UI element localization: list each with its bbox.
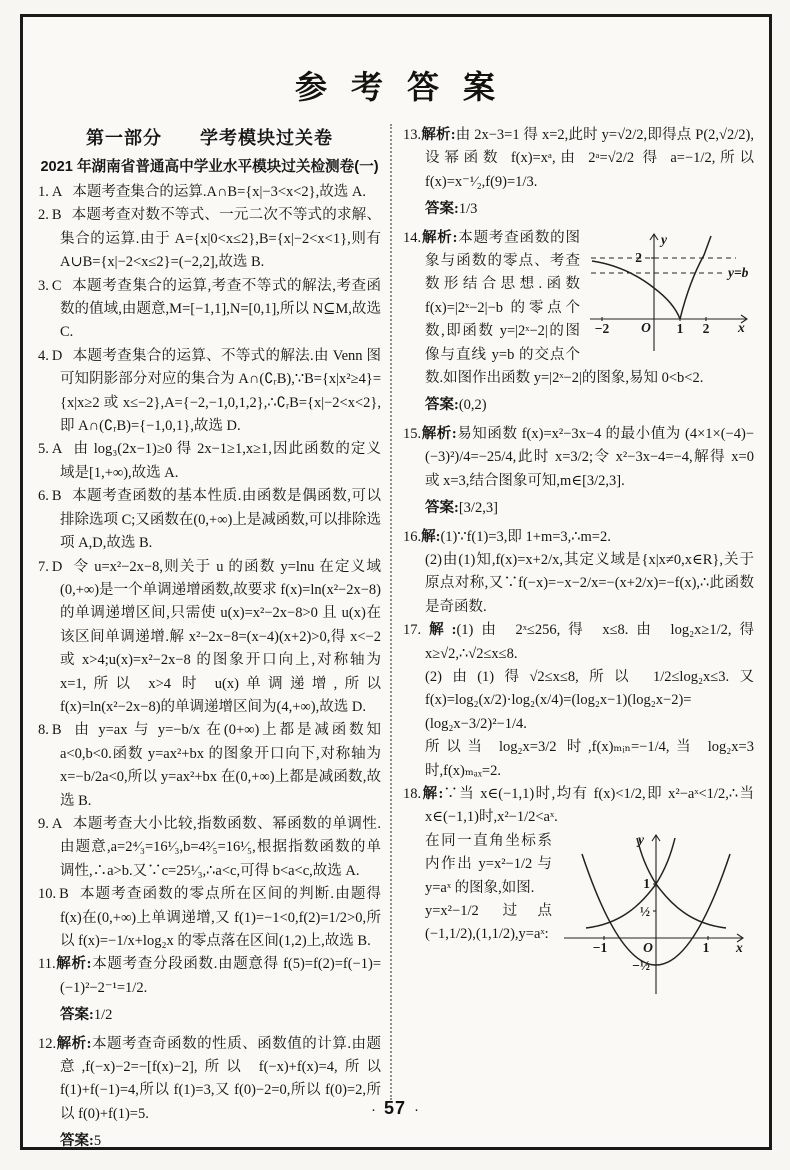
solution-item-4: 4.D本题考查集合的运算、不等式的解法.由 Venn 图可知阴影部分对应的集合为…: [38, 345, 381, 439]
solution-item-15: 15.解析:易知函数 f(x)=x²−3x−4 的最小值为 (4×1×(−4)−…: [403, 423, 754, 493]
solution-text: (2)由(1)知,f(x)=x+2/x,其定义域是{x|x≠0,x∈R},关于原…: [425, 552, 754, 615]
solution-text: 本题考查大小比较,指数函数、幂函数的单调性.由题意,a=2⁴⁄₃=16¹⁄₃,b…: [60, 816, 381, 879]
jiexi-label: 解析:: [421, 230, 457, 246]
x-tick-neg2: −2: [595, 321, 610, 336]
answer-value: 5: [94, 1133, 101, 1149]
footer-dot-right: ·: [414, 1101, 419, 1118]
solution-item-6: 6.B本题考查函数的基本性质.由函数是偶函数,可以排除选项 C;又函数在(0,+…: [38, 485, 381, 555]
solution-item-1: 1.A本题考查集合的运算.A∩B={x|−3<x<2},故选 A.: [38, 181, 381, 204]
solution-text: (2)由(1)得√2≤x≤8,所以 1/2≤log₂x≤3.又 f(x)=log…: [425, 669, 754, 732]
jiexi-label: 解析:: [56, 956, 92, 972]
solution-text: 令 u=x²−2x−8,则关于 u 的函数 y=lnu 在定义域(0,+∞)是一…: [60, 559, 381, 715]
origin-label: O: [641, 320, 651, 335]
daan-label: 答案:: [60, 1133, 94, 1149]
section-title: 第一部分 学考模块过关卷: [38, 124, 381, 150]
page-footer: ·57·: [0, 1098, 790, 1119]
solution-item-5: 5.A由 log₃(2x−1)≥0 得 2x−1≥1,x≥1,因此函数的定义域是…: [38, 438, 381, 485]
answer-line-12: 答案:5: [38, 1130, 381, 1153]
y-tick-2: 2: [635, 250, 642, 265]
solution-text: 本题考查集合的运算.A∩B={x|−3<x<2},故选 A.: [72, 184, 366, 200]
exponential-increasing-curve: [586, 838, 675, 928]
answer-line-15: 答案:[3/2,3]: [403, 497, 754, 520]
x-tick-neg1: −1: [593, 940, 608, 955]
figure-abs-exponential-graph: y x 2 −2 O 1 2 y=b: [586, 229, 754, 357]
solution-text: (1)由 2ˣ≤256,得 x≤8.由 log₂x≥1/2,得 x≥√2,∴√2…: [425, 622, 754, 661]
solution-text: 易知函数 f(x)=x²−3x−4 的最小值为 (4×1×(−4)−(−3)²)…: [425, 426, 754, 489]
solution-item-9: 9.A本题考查大小比较,指数函数、幂函数的单调性.由题意,a=2⁴⁄₃=16¹⁄…: [38, 813, 381, 883]
solution-text: 由 2x−3=1 得 x=2,此时 y=√2/2,即得点 P(2,√2/2),设…: [425, 127, 754, 190]
answer-line-14: 答案:(0,2): [403, 394, 754, 417]
solution-item-17: 17.解:(1)由 2ˣ≤256,得 x≤8.由 log₂x≥1/2,得 x≥√…: [403, 619, 754, 666]
y-tick-1: 1: [643, 876, 650, 891]
answer-line-11: 答案:1/2: [38, 1004, 381, 1027]
solution-text: 本题考查集合的运算,考查不等式的解法,考查函数的值域,由题意,M=[−1,1],…: [60, 278, 381, 341]
exponential-decreasing-curve: [637, 838, 726, 928]
footer-dot-left: ·: [371, 1101, 376, 1118]
daan-label: 答案:: [60, 1007, 94, 1023]
y-tick-half: ½: [640, 904, 650, 919]
jiexi-label: 解析:: [421, 426, 457, 442]
solution-item-8: 8.B由 y=ax 与 y=−b/x 在(0+∞)上都是减函数知 a<0,b<0…: [38, 719, 381, 813]
solution-item-18-part2: y x 1 ½ −½ −1 O 1 在同一直角坐标系内作出 y=x²−1/2 与…: [403, 830, 754, 900]
solution-item-11: 11.解析:本题考查分段函数.由题意得 f(5)=f(2)=f(−1)=(−1)…: [38, 953, 381, 1000]
solution-item-17-part2: (2)由(1)得√2≤x≤8,所以 1/2≤log₂x≤3.又 f(x)=log…: [403, 666, 754, 736]
solution-item-10: 10.B本题考查函数的零点所在区间的判断.由题得 f(x)在(0,+∞)上单调递…: [38, 883, 381, 953]
scanned-page: 参考答案 第一部分 学考模块过关卷 2021 年湖南省普通高中学业水平模块过关检…: [0, 0, 790, 1170]
answer-value: (0,2): [459, 397, 487, 413]
solution-text: 本题考查对数不等式、一元二次不等式的求解、集合的运算.由于 A={x|0<x≤2…: [60, 207, 381, 270]
solution-text: 所以当 log₂x=3/2 时,f(x)ₘᵢₙ=−1/4,当 log₂x=3 时…: [425, 739, 754, 778]
solution-text: 由 y=ax 与 y=−b/x 在(0+∞)上都是减函数知 a<0,b<0.函数…: [60, 722, 381, 808]
solution-text: y=x²−1/2 过点(−1,1/2),(1,1/2),y=aˣ:: [425, 903, 552, 942]
jiexi-label: 解析:: [56, 1036, 91, 1052]
solution-item-7: 7.D令 u=x²−2x−8,则关于 u 的函数 y=lnu 在定义域(0,+∞…: [38, 556, 381, 720]
origin-label: O: [643, 940, 653, 955]
answer-line-13: 答案:1/3: [403, 198, 754, 221]
curve-left-branch: [592, 261, 680, 319]
solution-item-2: 2.B本题考查对数不等式、一元二次不等式的求解、集合的运算.由于 A={x|0<…: [38, 204, 381, 274]
left-column: 第一部分 学考模块过关卷 2021 年湖南省普通高中学业水平模块过关检测卷(一)…: [38, 124, 390, 1100]
y-tick-neg-half: −½: [632, 958, 650, 973]
solution-item-17-part3: 所以当 log₂x=3/2 时,f(x)ₘᵢₙ=−1/4,当 log₂x=3 时…: [403, 736, 754, 783]
x-tick-2: 2: [703, 321, 710, 336]
solution-item-13: 13.解析:由 2x−3=1 得 x=2,此时 y=√2/2,即得点 P(2,√…: [403, 124, 754, 194]
solution-text: 本题考查函数的零点所在区间的判断.由题得 f(x)在(0,+∞)上单调递增,又 …: [60, 886, 381, 949]
solution-item-16: 16.解:(1)∵f(1)=3,即 1+m=3,∴m=2.: [403, 526, 754, 549]
x-axis-label: x: [735, 940, 743, 955]
daan-label: 答案:: [425, 201, 459, 217]
solution-text: ∵当 x∈(−1,1)时,均有 f(x)<1/2,即 x²−aˣ<1/2,∴当 …: [425, 786, 754, 825]
y-axis-label: y: [636, 832, 645, 847]
solution-item-18: 18.解:∵当 x∈(−1,1)时,均有 f(x)<1/2,即 x²−aˣ<1/…: [403, 783, 754, 830]
jie-label: 解:: [421, 529, 440, 545]
answer-value: 1/2: [94, 1007, 113, 1023]
solution-text: 本题考查集合的运算、不等式的解法.由 Venn 图可知阴影部分对应的集合为 A∩…: [60, 348, 381, 434]
solution-item-16-part2: (2)由(1)知,f(x)=x+2/x,其定义域是{x|x≠0,x∈R},关于原…: [403, 549, 754, 619]
right-column: 13.解析:由 2x−3=1 得 x=2,此时 y=√2/2,即得点 P(2,√…: [390, 124, 754, 1100]
jie-label: 解:: [421, 622, 456, 638]
solution-text: 由 log₃(2x−1)≥0 得 2x−1≥1,x≥1,因此函数的定义域是[1,…: [60, 441, 381, 480]
solution-text: 本题考查分段函数.由题意得 f(5)=f(2)=f(−1)=(−1)²−2⁻¹=…: [60, 956, 381, 995]
page-number: 57: [384, 1098, 406, 1118]
solution-text: (1)∵f(1)=3,即 1+m=3,∴m=2.: [440, 529, 610, 545]
daan-label: 答案:: [425, 397, 459, 413]
answer-value: [3/2,3]: [459, 500, 498, 516]
line-yb-label: y=b: [726, 265, 749, 280]
answer-value: 1/3: [459, 201, 478, 217]
solution-text: 在同一直角坐标系内作出 y=x²−1/2 与 y=aˣ 的图象,如图.: [425, 833, 552, 896]
y-axis-label: y: [659, 232, 668, 247]
two-column-layout: 第一部分 学考模块过关卷 2021 年湖南省普通高中学业水平模块过关检测卷(一)…: [38, 124, 754, 1100]
x-tick-1: 1: [703, 940, 710, 955]
daan-label: 答案:: [425, 500, 459, 516]
x-axis-label: x: [737, 320, 745, 335]
jiexi-label: 解析:: [421, 127, 455, 143]
figure-parabola-exponential-graph: y x 1 ½ −½ −1 O 1: [558, 830, 754, 998]
curve-right-branch: [680, 236, 711, 319]
solution-item-14: y x 2 −2 O 1 2 y=b 14.解析:本题考查函数的图象与函数的零点…: [403, 227, 754, 391]
jie-label: 解:: [421, 786, 443, 802]
paper-subtitle: 2021 年湖南省普通高中学业水平模块过关检测卷(一): [38, 155, 381, 176]
solution-text: 本题考查函数的基本性质.由函数是偶函数,可以排除选项 C;又函数在(0,+∞)上…: [60, 488, 381, 551]
solution-item-3: 3.C本题考查集合的运算,考查不等式的解法,考查函数的值域,由题意,M=[−1,…: [38, 275, 381, 345]
x-tick-1: 1: [677, 321, 684, 336]
page-title: 参考答案: [0, 62, 790, 108]
